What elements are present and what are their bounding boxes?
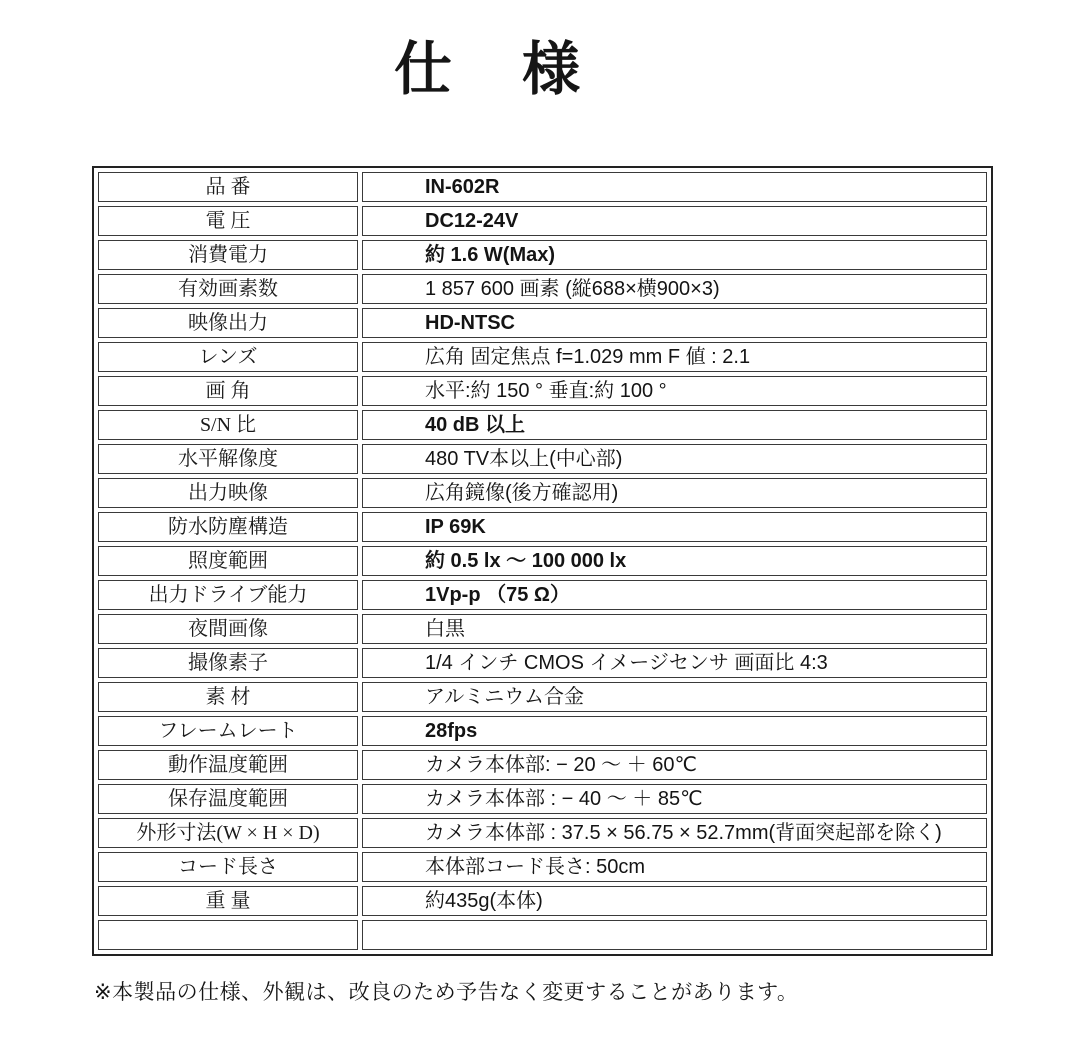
- spec-value: カメラ本体部 : − 40 ～ ＋ 85℃: [362, 784, 987, 814]
- spec-label: 出力ドライブ能力: [98, 580, 358, 610]
- table-row: [98, 920, 987, 950]
- table-row: 消費電力約 1.6 W(Max): [98, 240, 987, 270]
- spec-label: 照度範囲: [98, 546, 358, 576]
- spec-value: 広角鏡像(後方確認用): [362, 478, 987, 508]
- spec-value: 白黒: [362, 614, 987, 644]
- spec-value: アルミニウム合金: [362, 682, 987, 712]
- table-row: 外形寸法(W × H × D)カメラ本体部 : 37.5 × 56.75 × 5…: [98, 818, 987, 848]
- spec-value: HD-NTSC: [362, 308, 987, 338]
- table-row: 画 角水平:約 150 ° 垂直:約 100 °: [98, 376, 987, 406]
- spec-value: 広角 固定焦点 f=1.029 mm F 値 : 2.1: [362, 342, 987, 372]
- spec-label: [98, 920, 358, 950]
- table-row: コード長さ本体部コード長さ: 50cm: [98, 852, 987, 882]
- spec-value: 28fps: [362, 716, 987, 746]
- spec-value: 約435g(本体): [362, 886, 987, 916]
- spec-label: 保存温度範囲: [98, 784, 358, 814]
- spec-label: 画 角: [98, 376, 358, 406]
- table-row: 照度範囲約 0.5 lx ～ 100 000 lx: [98, 546, 987, 576]
- table-row: 夜間画像白黒: [98, 614, 987, 644]
- table-row: 出力映像広角鏡像(後方確認用): [98, 478, 987, 508]
- spec-label: フレームレート: [98, 716, 358, 746]
- spec-value: IN-602R: [362, 172, 987, 202]
- spec-label: レンズ: [98, 342, 358, 372]
- spec-value: 約 1.6 W(Max): [362, 240, 987, 270]
- spec-value: IP 69K: [362, 512, 987, 542]
- table-row: 電 圧DC12-24V: [98, 206, 987, 236]
- spec-sheet-page: 仕 様 品 番IN-602R電 圧DC12-24V消費電力約 1.6 W(Max…: [0, 0, 1080, 1038]
- table-row: 保存温度範囲カメラ本体部 : − 40 ～ ＋ 85℃: [98, 784, 987, 814]
- spec-label: 電 圧: [98, 206, 358, 236]
- table-row: 品 番IN-602R: [98, 172, 987, 202]
- spec-value: 1Vp-p （75 Ω）: [362, 580, 987, 610]
- spec-label: 有効画素数: [98, 274, 358, 304]
- spec-label: 出力映像: [98, 478, 358, 508]
- table-row: 動作温度範囲カメラ本体部: − 20 ～ ＋ 60℃: [98, 750, 987, 780]
- spec-value: 水平:約 150 ° 垂直:約 100 °: [362, 376, 987, 406]
- spec-value: 480 TV本以上(中心部): [362, 444, 987, 474]
- spec-table-body: 品 番IN-602R電 圧DC12-24V消費電力約 1.6 W(Max)有効画…: [98, 172, 987, 950]
- spec-value: DC12-24V: [362, 206, 987, 236]
- spec-label: 品 番: [98, 172, 358, 202]
- spec-label: 素 材: [98, 682, 358, 712]
- page-title: 仕 様: [90, 22, 890, 106]
- spec-table: 品 番IN-602R電 圧DC12-24V消費電力約 1.6 W(Max)有効画…: [92, 166, 993, 956]
- spec-value: カメラ本体部: − 20 ～ ＋ 60℃: [362, 750, 987, 780]
- spec-value: カメラ本体部 : 37.5 × 56.75 × 52.7mm(背面突起部を除く): [362, 818, 987, 848]
- spec-value: 約 0.5 lx ～ 100 000 lx: [362, 546, 987, 576]
- table-row: 出力ドライブ能力1Vp-p （75 Ω）: [98, 580, 987, 610]
- spec-label: コード長さ: [98, 852, 358, 882]
- table-row: フレームレート28fps: [98, 716, 987, 746]
- table-row: 素 材アルミニウム合金: [98, 682, 987, 712]
- spec-label: 動作温度範囲: [98, 750, 358, 780]
- spec-value: [362, 920, 987, 950]
- spec-label: 外形寸法(W × H × D): [98, 818, 358, 848]
- table-row: 有効画素数1 857 600 画素 (縦688×横900×3): [98, 274, 987, 304]
- spec-label: 撮像素子: [98, 648, 358, 678]
- spec-label: 夜間画像: [98, 614, 358, 644]
- spec-label: 消費電力: [98, 240, 358, 270]
- spec-value: 本体部コード長さ: 50cm: [362, 852, 987, 882]
- table-row: 映像出力HD-NTSC: [98, 308, 987, 338]
- table-row: 撮像素子1/4 インチ CMOS イメージセンサ 画面比 4:3: [98, 648, 987, 678]
- spec-label: S/N 比: [98, 410, 358, 440]
- spec-label: 水平解像度: [98, 444, 358, 474]
- table-row: 重 量約435g(本体): [98, 886, 987, 916]
- spec-value: 40 dB 以上: [362, 410, 987, 440]
- table-row: レンズ広角 固定焦点 f=1.029 mm F 値 : 2.1: [98, 342, 987, 372]
- table-row: 防水防塵構造IP 69K: [98, 512, 987, 542]
- spec-label: 防水防塵構造: [98, 512, 358, 542]
- table-row: S/N 比40 dB 以上: [98, 410, 987, 440]
- footnote: ※本製品の仕様、外観は、改良のため予告なく変更することがあります。: [94, 976, 798, 1006]
- spec-label: 重 量: [98, 886, 358, 916]
- spec-value: 1 857 600 画素 (縦688×横900×3): [362, 274, 987, 304]
- spec-label: 映像出力: [98, 308, 358, 338]
- spec-value: 1/4 インチ CMOS イメージセンサ 画面比 4:3: [362, 648, 987, 678]
- table-row: 水平解像度480 TV本以上(中心部): [98, 444, 987, 474]
